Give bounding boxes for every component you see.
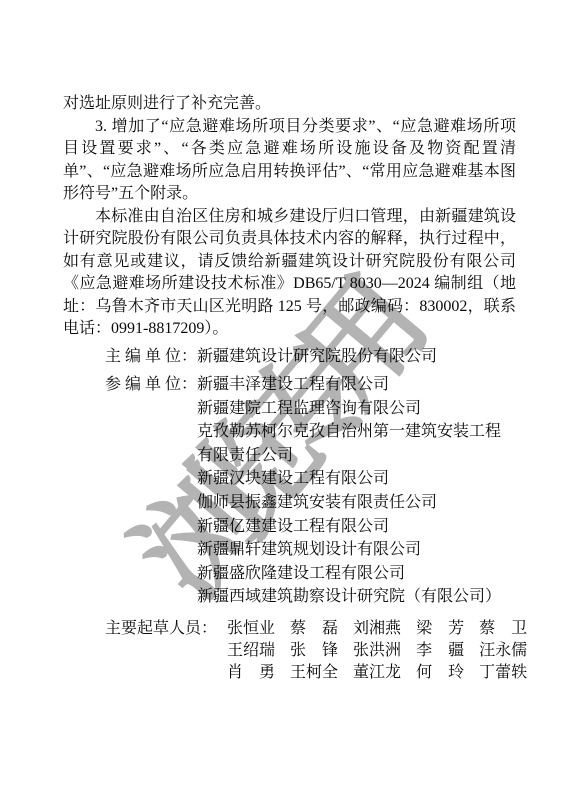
drafter-name: 刘湘燕 — [353, 618, 401, 640]
drafter-name: 汪永儒 — [479, 640, 527, 662]
participating-units-list: 新疆丰泽建设工程有限公司 新疆建院工程监理咨询有限公司 克孜勒苏柯尔克孜自治州第… — [197, 373, 516, 609]
participating-unit: 新疆建院工程监理咨询有限公司 — [197, 397, 516, 421]
drafters-list: 张恒业 蔡 磊 刘湘燕 梁 芳 蔡 卫 王绍瑞 张 锋 张洪洲 李 疆 汪永儒 … — [227, 618, 527, 684]
drafters-row: 张恒业 蔡 磊 刘湘燕 梁 芳 蔡 卫 — [227, 618, 527, 640]
drafter-name: 梁 芳 — [416, 618, 464, 640]
chief-editor-entry: 主 编 单 位： 新疆建筑设计研究院股份有限公司 — [105, 345, 516, 369]
drafters-row: 肖 勇 王柯全 董江龙 何 玲 丁蕾轶 — [227, 662, 527, 684]
participating-units-label: 参 编 单 位： — [105, 373, 197, 397]
participating-unit: 新疆鼎轩建筑规划设计有限公司 — [197, 538, 516, 562]
document-page: 浏览专用 对选址原则进行了补充完善。 3. 增加了“应急避难场所项目分类要求”、… — [0, 0, 561, 804]
participating-unit: 克孜勒苏柯尔克孜自治州第一建筑安装工程有限责任公司 — [197, 420, 516, 467]
drafter-name: 丁蕾轶 — [479, 662, 527, 684]
chief-editor-label: 主 编 单 位： — [105, 345, 197, 369]
drafters-label: 主要起草人员： — [105, 618, 217, 640]
participating-unit: 伽师县振鑫建筑安装有限责任公司 — [197, 491, 516, 515]
body-paragraph: 3. 增加了“应急避难场所项目分类要求”、“应急避难场所项目设置要求”、“各类应… — [63, 116, 516, 206]
drafter-name: 肖 勇 — [227, 662, 275, 684]
participating-unit: 新疆丰泽建设工程有限公司 — [197, 373, 516, 397]
drafter-name: 张恒业 — [227, 618, 275, 640]
body-paragraph: 对选址原则进行了补充完善。 — [63, 93, 516, 116]
drafter-name: 张洪洲 — [353, 640, 401, 662]
participating-unit: 新疆西域建筑勘察设计研究院（有限公司） — [197, 585, 516, 609]
drafter-name: 蔡 卫 — [479, 618, 527, 640]
drafter-name: 董江龙 — [353, 662, 401, 684]
drafters-row: 王绍瑞 张 锋 张洪洲 李 疆 汪永儒 — [227, 640, 527, 662]
participating-unit: 新疆汉块建设工程有限公司 — [197, 467, 516, 491]
participating-units-entry: 参 编 单 位： 新疆丰泽建设工程有限公司 新疆建院工程监理咨询有限公司 克孜勒… — [105, 373, 516, 609]
drafter-name: 王柯全 — [290, 662, 338, 684]
drafters-entry: 主要起草人员： 张恒业 蔡 磊 刘湘燕 梁 芳 蔡 卫 王绍瑞 张 锋 张洪洲 … — [105, 618, 516, 684]
drafter-name: 张 锋 — [290, 640, 338, 662]
drafter-name: 蔡 磊 — [290, 618, 338, 640]
participating-unit: 新疆盛欣隆建设工程有限公司 — [197, 562, 516, 586]
page-content: 对选址原则进行了补充完善。 3. 增加了“应急避难场所项目分类要求”、“应急避难… — [0, 0, 561, 684]
drafter-name: 何 玲 — [416, 662, 464, 684]
drafter-name: 王绍瑞 — [227, 640, 275, 662]
drafter-name: 李 疆 — [416, 640, 464, 662]
body-paragraph: 本标准由自治区住房和城乡建设厅归口管理，由新疆建筑设计研究院股份有限公司负责具体… — [63, 206, 516, 341]
chief-editor-unit: 新疆建筑设计研究院股份有限公司 — [197, 345, 516, 369]
participating-unit: 新疆亿建建设工程有限公司 — [197, 515, 516, 539]
